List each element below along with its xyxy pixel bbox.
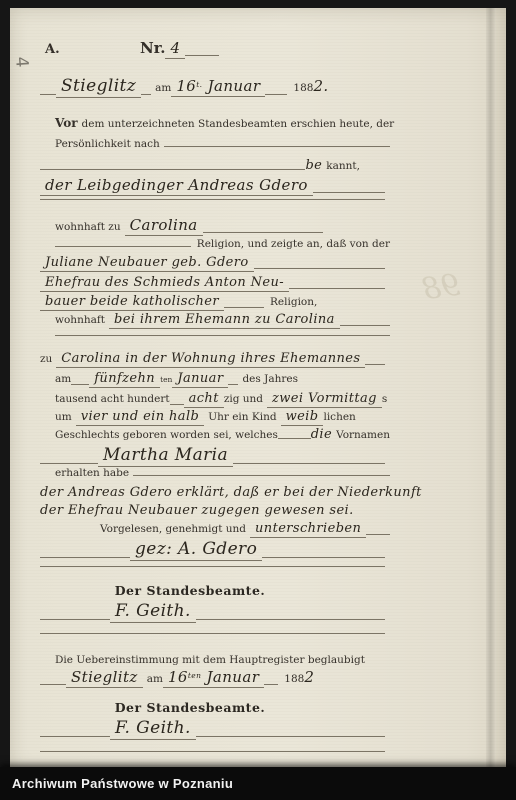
archive-name: Archiwum Państwowe w Poznaniu (12, 776, 233, 791)
mother-religion-handwritten: bauer beide katholischer (40, 294, 224, 311)
birthyear-line: tausend acht hundert acht zig und zwei V… (55, 391, 390, 408)
day-handwritten: 16t. Januar (171, 77, 265, 97)
page-fold-shadow (486, 8, 496, 772)
rule (133, 474, 390, 476)
cert-am-label: am (147, 673, 163, 685)
zig-und-label: zig und (224, 393, 263, 405)
witness-handwritten-2: der Ehefrau Neubauer zugegen gewesen sei… (40, 503, 354, 518)
unterschrieben-handwritten: unterschrieben (250, 521, 366, 538)
declarant-handwritten: der Leibgedinger Andreas Gdero (40, 176, 313, 196)
rule (40, 93, 56, 95)
declarant-signature-handwritten: gez: A. Gdero (130, 539, 262, 561)
rule (40, 683, 66, 685)
vorgelesen-line: Vorgelesen, genehmigt und unterschrieben (100, 521, 390, 538)
birthplace-handwritten: Carolina in der Wohnung ihres Ehemannes (56, 351, 365, 368)
cert-year-printed: 188 (284, 673, 304, 685)
child-names-line: Martha Maria (40, 445, 385, 467)
intro-text: dem unterzeichneten Standesbeamten ersch… (82, 118, 395, 130)
registrar-signature-handwritten-2: F. Geith. (110, 718, 196, 740)
rule (40, 462, 98, 464)
record-sheet: 4 98 A. Nr. 4 Stieglitz am 16t. Januar 1… (10, 8, 506, 772)
rule (55, 334, 390, 336)
rule (340, 324, 390, 326)
mother-line-3: bauer beide katholischer Religion, (40, 294, 385, 311)
bekannt-handwritten: be (305, 158, 322, 173)
year-tens-handwritten: acht (184, 391, 224, 408)
erhalten-label: erhalten habe (55, 467, 129, 479)
rule (254, 267, 385, 269)
rule (55, 245, 191, 247)
bekannt-printed: kannt, (326, 160, 360, 172)
year-digit-handwritten: 2. (313, 77, 328, 95)
scanned-document-page: 4 98 A. Nr. 4 Stieglitz am 16t. Januar 1… (0, 0, 516, 800)
bleedthrough-mark: 98 (420, 268, 463, 308)
rule (278, 437, 311, 439)
rule (365, 363, 385, 365)
archive-watermark-bar: Archiwum Państwowe w Poznaniu (0, 767, 516, 800)
birthday-handwritten: fünfzehn (89, 371, 160, 388)
blank-line (55, 334, 390, 339)
persoenlichkeit-label: Persönlichkeit nach (55, 138, 160, 150)
rule (313, 191, 385, 193)
record-number: Nr. 4 (140, 39, 260, 59)
certification-text: Die Uebereinstimmung mit dem Hauptregist… (55, 654, 365, 666)
rule (289, 287, 385, 289)
place-date-line: Stieglitz am 16t. Januar 188 2. (40, 76, 385, 98)
time-handwritten: vier und ein halb (76, 409, 205, 426)
rule (224, 306, 264, 308)
rule (196, 735, 385, 737)
residence-line-2: wohnhaft bei ihrem Ehemann zu Carolina (55, 312, 390, 329)
rule (196, 618, 385, 620)
birthtime-line: um vier und ein halb Uhr ein Kind weib l… (55, 409, 390, 426)
rule (141, 93, 151, 95)
cert-year-digit-handwritten: 2 (304, 668, 314, 686)
witness-handwritten-1: der Andreas Gdero erklärt, daß er bei de… (40, 485, 422, 500)
registrar-signature-1: F. Geith. (40, 601, 385, 623)
witness-line-1: der Andreas Gdero erklärt, daß er bei de… (40, 485, 385, 500)
blank-line (40, 565, 385, 570)
rule (262, 556, 385, 558)
blank-line (40, 632, 385, 637)
rule (366, 533, 390, 535)
am-label: am (55, 373, 71, 385)
residence-line-1: wohnhaft zu Carolina (55, 216, 390, 236)
registrar-heading-2: Der Standesbeamte. (60, 700, 320, 715)
rule (203, 231, 323, 233)
year-printed: 188 (293, 82, 313, 94)
cert-place-handwritten: Stieglitz (66, 668, 143, 688)
erhalten-line: erhalten habe (55, 467, 390, 479)
intro-line-2: Persönlichkeit nach (55, 138, 390, 150)
mother-line-1: Juliane Neubauer geb. Gdero (40, 255, 385, 272)
form-letter-label: A. (45, 42, 60, 57)
rule (164, 145, 390, 147)
nr-label: Nr. (140, 39, 165, 57)
rule (233, 462, 385, 464)
wohnhaft-zu-label: wohnhaft zu (55, 221, 121, 233)
vornamen-label: Vornamen (336, 429, 390, 441)
wohnhaft-label: wohnhaft (55, 314, 105, 326)
rule (40, 618, 110, 620)
rule (40, 198, 385, 200)
lichen-label: lichen (323, 411, 355, 423)
rule (228, 383, 238, 385)
die-handwritten: die (311, 427, 332, 442)
residence2-handwritten: bei ihrem Ehemann zu Carolina (109, 312, 340, 329)
registrar-heading-1: Der Standesbeamte. (60, 583, 320, 598)
jahres-label: des Jahres (242, 373, 298, 385)
rule (264, 683, 278, 685)
religion-line-1: Religion, und zeigte an, daß von der (55, 238, 390, 250)
mother-husband-handwritten: Ehefrau des Schmieds Anton Neu- (40, 275, 289, 292)
vorgelesen-label: Vorgelesen, genehmigt und (100, 523, 246, 535)
uhr-label: Uhr ein Kind (208, 411, 276, 423)
declarant-line: der Leibgedinger Andreas Gdero (40, 176, 385, 196)
registrar-signature-handwritten: F. Geith. (110, 601, 196, 623)
rule (71, 383, 89, 385)
rule (40, 632, 385, 634)
rule (40, 168, 305, 170)
certification-line: Die Uebereinstimmung mit dem Hauptregist… (55, 654, 390, 666)
rule (185, 54, 219, 56)
rule (40, 750, 385, 752)
vornamen-line: Geschlechts geboren worden sei, welches … (55, 427, 390, 442)
pencil-margin-note: 4 (11, 56, 32, 68)
religion-printed: Religion, und zeigte an, daß von der (197, 238, 390, 250)
witness-line-2: der Ehefrau Neubauer zugegen gewesen sei… (40, 503, 385, 518)
religion-printed-2: Religion, (270, 296, 317, 308)
year-units-handwritten: zwei Vormittag (267, 391, 382, 408)
form-letter: A. (45, 42, 60, 57)
blank-line (40, 198, 385, 203)
nr-value-handwritten: 4 (165, 39, 185, 59)
signature-gez-line: gez: A. Gdero (40, 539, 385, 561)
um-label: um (55, 411, 72, 423)
registrar-signature-2: F. Geith. (40, 718, 385, 740)
bekannt-line: be kannt, (40, 158, 360, 173)
rule (40, 735, 110, 737)
geschlechts-label: Geschlechts geboren worden sei, welches (55, 429, 278, 441)
intro-lead: Vor (55, 116, 78, 130)
rule (170, 403, 184, 405)
rule (40, 565, 385, 567)
tausend-label: tausend acht hundert (55, 393, 170, 405)
mother-line-2: Ehefrau des Schmieds Anton Neu- (40, 275, 385, 292)
certification-date-line: Stieglitz am 16ten Januar 188 2 (40, 668, 370, 688)
ten-suffix: ten (160, 375, 172, 384)
rule (40, 556, 130, 558)
child-names-handwritten: Martha Maria (98, 445, 233, 467)
intro-line-1: Vor dem unterzeichneten Standesbeamten e… (55, 116, 390, 130)
sex-handwritten: weib (281, 409, 324, 426)
birthdate-line: am fünfzehn ten Januar des Jahres (55, 371, 390, 388)
cert-day-handwritten: 16ten Januar (163, 668, 264, 688)
place-handwritten: Stieglitz (56, 76, 141, 98)
birthplace-line: zu Carolina in der Wohnung ihres Ehemann… (40, 351, 385, 368)
mother-name-handwritten: Juliane Neubauer geb. Gdero (40, 255, 254, 272)
birthmonth-handwritten: Januar (172, 371, 228, 388)
zu-label: zu (40, 353, 52, 365)
s-suffix: s (382, 393, 387, 405)
am-label: am (155, 82, 171, 94)
blank-line (40, 750, 385, 755)
standesbeamte-label: Der Standesbeamte. (115, 583, 266, 598)
standesbeamte-label-2: Der Standesbeamte. (115, 700, 266, 715)
rule (265, 93, 287, 95)
residence-handwritten: Carolina (125, 216, 203, 236)
